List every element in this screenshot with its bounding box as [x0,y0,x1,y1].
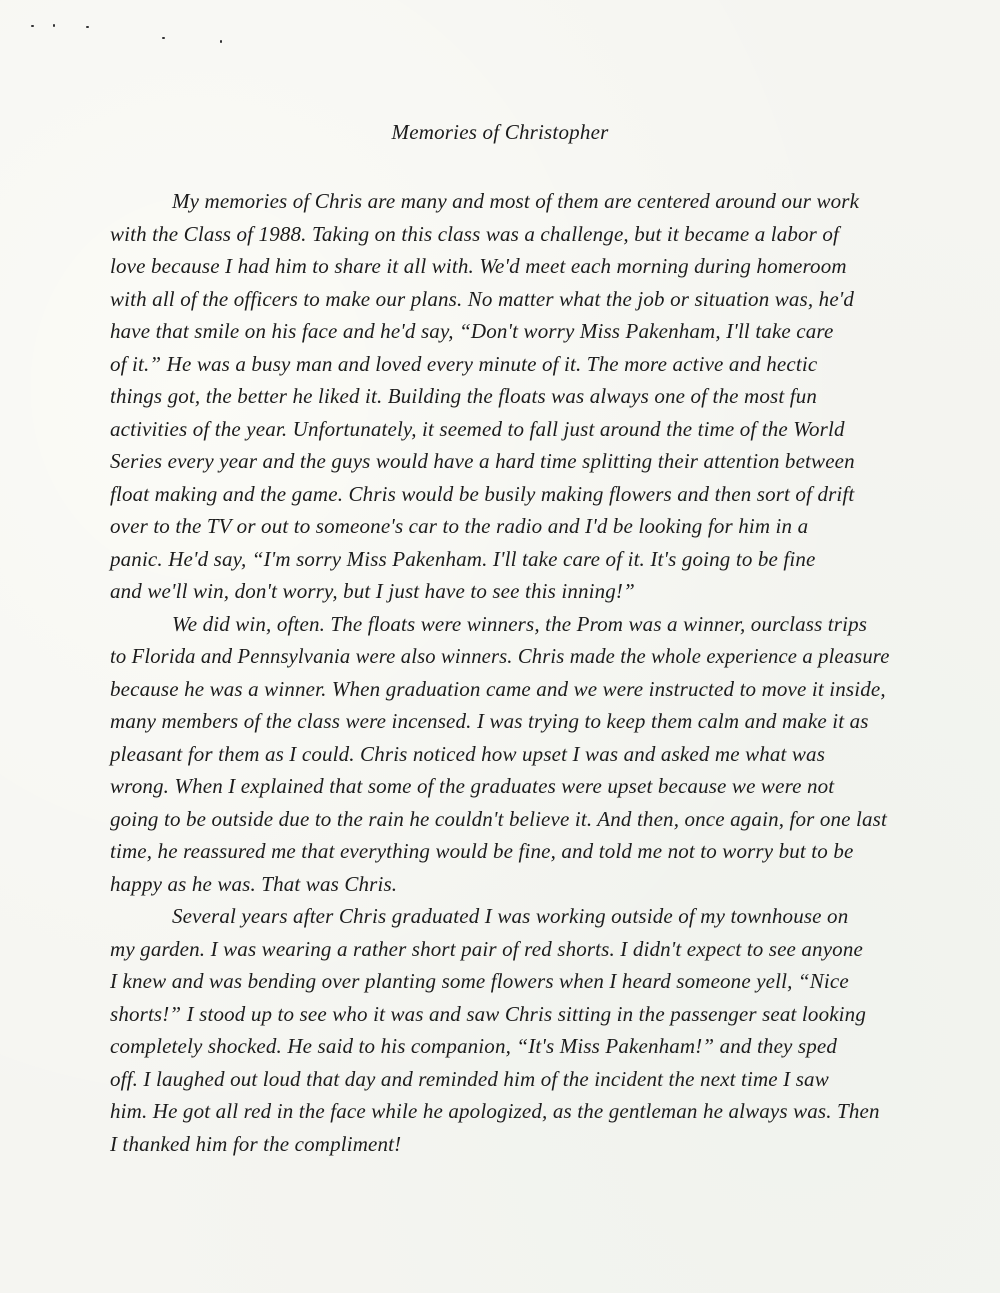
text-line: over to the TV or out to someone's car t… [110,513,808,539]
document-title: Memories of Christopher [0,120,1000,145]
text-line: wrong. When I explained that some of the… [110,773,834,799]
scan-speck [53,24,55,27]
text-line: going to be outside due to the rain he c… [110,806,887,832]
text-line: shorts!” I stood up to see who it was an… [110,1001,866,1027]
text-line: activities of the year. Unfortunately, i… [110,416,845,442]
scan-speck [162,37,165,39]
text-line: pleasant for them as I could. Chris noti… [110,741,825,767]
text-line: have that smile on his face and he'd say… [110,318,833,344]
scan-speck [86,26,89,28]
text-line: off. I laughed out loud that day and rem… [110,1066,829,1092]
text-line: to Florida and Pennsylvania were also wi… [110,643,889,669]
scan-speck [220,40,222,43]
text-line: because he was a winner. When graduation… [110,676,886,702]
text-line: things got, the better he liked it. Buil… [110,383,817,409]
text-line: Several years after Chris graduated I wa… [172,903,848,929]
text-line: with all of the officers to make our pla… [110,286,854,312]
text-line: My memories of Chris are many and most o… [172,188,859,214]
text-line: I knew and was bending over planting som… [110,968,849,994]
text-line: of it.” He was a busy man and loved ever… [110,351,817,377]
paper-page: Memories of Christopher My memories of C… [0,0,1000,1293]
text-line: my garden. I was wearing a rather short … [110,936,863,962]
text-line: love because I had him to share it all w… [110,253,847,279]
text-line: float making and the game. Chris would b… [110,481,854,507]
text-line: and we'll win, don't worry, but I just h… [110,578,635,604]
text-line: with the Class of 1988. Taking on this c… [110,221,839,247]
text-line: completely shocked. He said to his compa… [110,1033,837,1059]
text-line: panic. He'd say, “I'm sorry Miss Pakenha… [110,546,815,572]
text-line: many members of the class were incensed.… [110,708,869,734]
text-line: Series every year and the guys would hav… [110,448,855,474]
scan-speck [31,25,34,27]
text-line: I thanked him for the compliment! [110,1131,401,1157]
text-line: time, he reassured me that everything wo… [110,838,853,864]
text-line: We did win, often. The floats were winne… [172,611,867,637]
text-line: happy as he was. That was Chris. [110,871,397,897]
text-line: him. He got all red in the face while he… [110,1098,880,1124]
